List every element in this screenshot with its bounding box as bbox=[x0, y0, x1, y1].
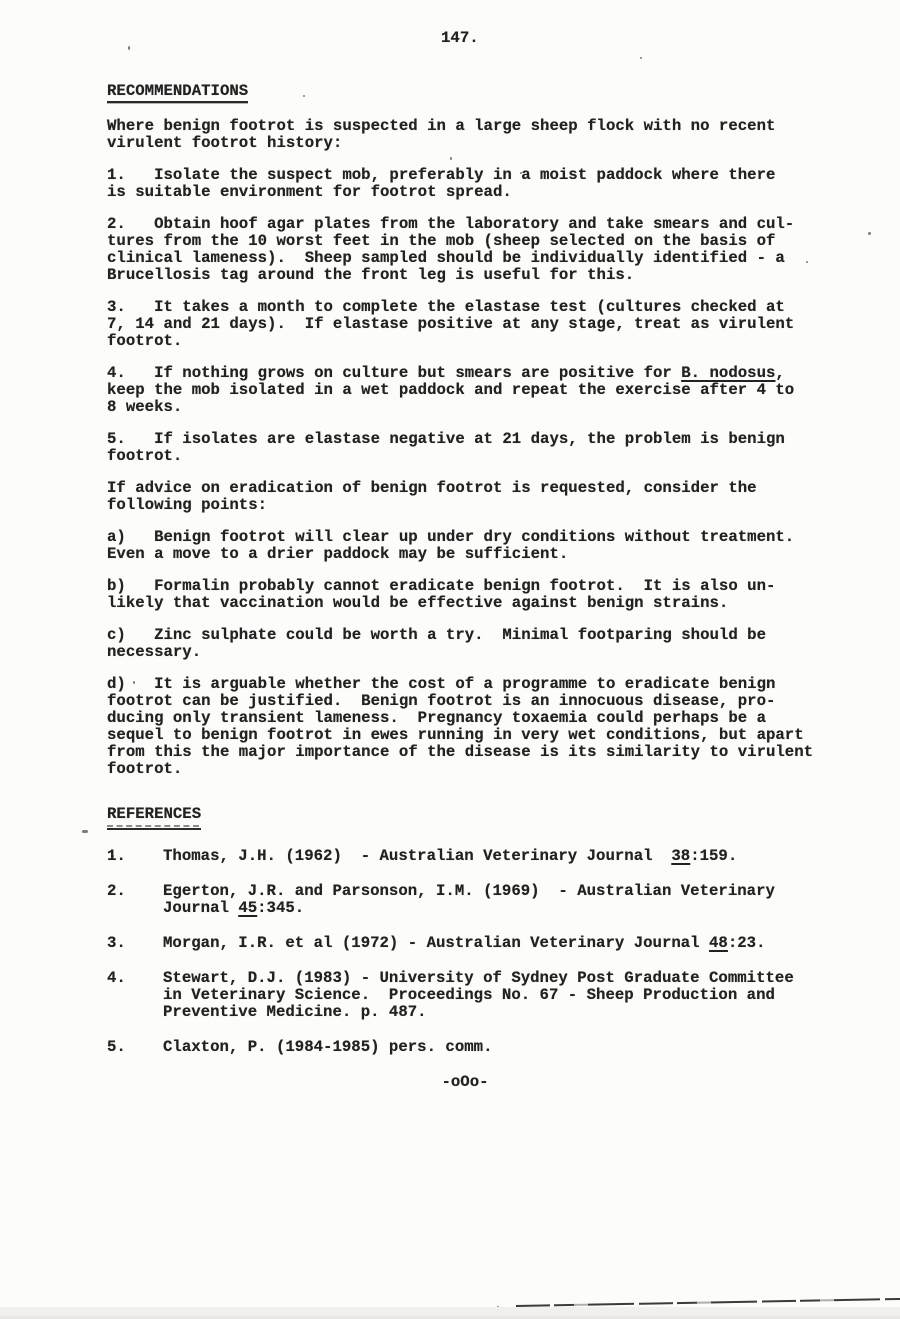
underlined-text: B. nodosus bbox=[681, 364, 775, 382]
heading-dashed-underline bbox=[107, 825, 199, 827]
paragraph: b) Formalin probably cannot eradicate be… bbox=[107, 578, 823, 612]
reference-number: 1. bbox=[107, 848, 126, 865]
reference-number: 4. bbox=[107, 970, 126, 987]
text-line: following points: bbox=[107, 497, 823, 514]
scan-speck bbox=[520, 172, 522, 174]
page-number: 147. bbox=[441, 30, 479, 47]
paragraph: 4. If nothing grows on culture but smear… bbox=[107, 365, 823, 416]
text-line: Egerton, J.R. and Parsonson, I.M. (1969)… bbox=[163, 883, 823, 900]
text-line: likely that vaccination would be effecti… bbox=[107, 595, 823, 612]
scan-speck bbox=[545, 128, 547, 130]
text-line: b) Formalin probably cannot eradicate be… bbox=[107, 578, 823, 595]
text-line: in Veterinary Science. Proceedings No. 6… bbox=[163, 987, 823, 1004]
reference-item: 4.Stewart, D.J. (1983) - University of S… bbox=[107, 970, 823, 1021]
text-line: ducing only transient lameness. Pregnanc… bbox=[107, 710, 823, 727]
text-line: If advice on eradication of benign footr… bbox=[107, 480, 823, 497]
text-line: sequel to benign footrot in ewes running… bbox=[107, 727, 823, 744]
paragraph: d) It is arguable whether the cost of a … bbox=[107, 676, 823, 778]
scan-speck bbox=[112, 855, 114, 857]
scan-speck bbox=[128, 46, 130, 50]
paragraph: 5. If isolates are elastase negative at … bbox=[107, 431, 823, 465]
text-line: virulent footrot history: bbox=[107, 135, 823, 152]
end-mark-text: -oOo- bbox=[441, 1073, 488, 1091]
heading-text: RECOMMENDATIONS bbox=[107, 83, 248, 103]
text-line: necessary. bbox=[107, 644, 823, 661]
page-bottom-edge bbox=[0, 1307, 900, 1319]
reference-item: 5.Claxton, P. (1984-1985) pers. comm. bbox=[107, 1039, 823, 1056]
scan-speck bbox=[82, 830, 88, 833]
reference-item: 3.Morgan, I.R. et al (1972) - Australian… bbox=[107, 935, 823, 952]
paragraph: 3. It takes a month to complete the elas… bbox=[107, 299, 823, 350]
paragraph: 2. Obtain hoof agar plates from the labo… bbox=[107, 216, 823, 284]
text-line: Stewart, D.J. (1983) - University of Syd… bbox=[163, 970, 823, 987]
text-segment: 4. If nothing grows on culture but smear… bbox=[107, 364, 681, 382]
text-line: footrot can be justified. Benign footrot… bbox=[107, 693, 823, 710]
text-line: footrot. bbox=[107, 448, 823, 465]
paragraph: c) Zinc sulphate could be worth a try. M… bbox=[107, 627, 823, 661]
section-heading-references: REFERENCES bbox=[107, 806, 823, 830]
paragraph: a) Benign footrot will clear up under dr… bbox=[107, 529, 823, 563]
text-segment: Thomas, J.H. (1962) - Australian Veterin… bbox=[163, 847, 671, 865]
text-line: 3. It takes a month to complete the elas… bbox=[107, 299, 823, 316]
text-segment: :159. bbox=[690, 847, 737, 865]
scan-speck bbox=[868, 232, 871, 235]
text-line: Where benign footrot is suspected in a l… bbox=[107, 118, 823, 135]
underlined-text: 38 bbox=[671, 847, 690, 865]
text-line: Thomas, J.H. (1962) - Australian Veterin… bbox=[163, 848, 823, 865]
text-line: footrot. bbox=[107, 761, 823, 778]
bottom-rule-line bbox=[516, 1298, 900, 1307]
end-mark: -oOo- bbox=[107, 1074, 823, 1091]
text-line: Journal 45:345. bbox=[163, 900, 823, 917]
text-line: c) Zinc sulphate could be worth a try. M… bbox=[107, 627, 823, 644]
text-line: 5. If isolates are elastase negative at … bbox=[107, 431, 823, 448]
document-content: RECOMMENDATIONSWhere benign footrot is s… bbox=[107, 83, 823, 1091]
underlined-text: 45 bbox=[238, 899, 257, 917]
scan-speck bbox=[806, 261, 808, 263]
reference-number: 3. bbox=[107, 935, 126, 952]
text-line: tures from the 10 worst feet in the mob … bbox=[107, 233, 823, 250]
text-line: 7, 14 and 21 days). If elastase positive… bbox=[107, 316, 823, 333]
reference-item: 2.Egerton, J.R. and Parsonson, I.M. (196… bbox=[107, 883, 823, 917]
text-line: Preventive Medicine. p. 487. bbox=[163, 1004, 823, 1021]
text-line: Even a move to a drier paddock may be su… bbox=[107, 546, 823, 563]
text-segment: , bbox=[775, 364, 784, 382]
scan-speck bbox=[303, 95, 305, 97]
text-line: footrot. bbox=[107, 333, 823, 350]
paragraph: 1. Isolate the suspect mob, preferably i… bbox=[107, 167, 823, 201]
text-line: Brucellosis tag around the front leg is … bbox=[107, 267, 823, 284]
text-segment: Morgan, I.R. et al (1972) - Australian V… bbox=[163, 934, 709, 952]
text-line: a) Benign footrot will clear up under dr… bbox=[107, 529, 823, 546]
underlined-text: 48 bbox=[709, 934, 728, 952]
text-line: 2. Obtain hoof agar plates from the labo… bbox=[107, 216, 823, 233]
text-segment: Journal bbox=[163, 899, 238, 917]
reference-item: 1.Thomas, J.H. (1962) - Australian Veter… bbox=[107, 848, 823, 865]
text-line: clinical lameness). Sheep sampled should… bbox=[107, 250, 823, 267]
text-line: from this the major importance of the di… bbox=[107, 744, 823, 761]
paragraph: If advice on eradication of benign footr… bbox=[107, 480, 823, 514]
text-line: d) It is arguable whether the cost of a … bbox=[107, 676, 823, 693]
text-line: keep the mob isolated in a wet paddock a… bbox=[107, 382, 823, 399]
paragraph: Where benign footrot is suspected in a l… bbox=[107, 118, 823, 152]
reference-number: 5. bbox=[107, 1039, 126, 1056]
text-line: Morgan, I.R. et al (1972) - Australian V… bbox=[163, 935, 823, 952]
scan-speck bbox=[133, 681, 135, 684]
scan-speck bbox=[450, 157, 452, 160]
text-line: 4. If nothing grows on culture but smear… bbox=[107, 365, 823, 382]
text-segment: :23. bbox=[728, 934, 766, 952]
scan-speck bbox=[640, 57, 642, 59]
text-line: is suitable environment for footrot spre… bbox=[107, 184, 823, 201]
text-line: 1. Isolate the suspect mob, preferably i… bbox=[107, 167, 823, 184]
text-line: Claxton, P. (1984-1985) pers. comm. bbox=[163, 1039, 823, 1056]
section-heading-recommendations: RECOMMENDATIONS bbox=[107, 83, 823, 103]
text-line: 8 weeks. bbox=[107, 399, 823, 416]
text-segment: :345. bbox=[257, 899, 304, 917]
heading-text: REFERENCES bbox=[107, 806, 201, 830]
reference-number: 2. bbox=[107, 883, 126, 900]
scanned-document-page: 147. RECOMMENDATIONSWhere benign footrot… bbox=[0, 0, 900, 1319]
